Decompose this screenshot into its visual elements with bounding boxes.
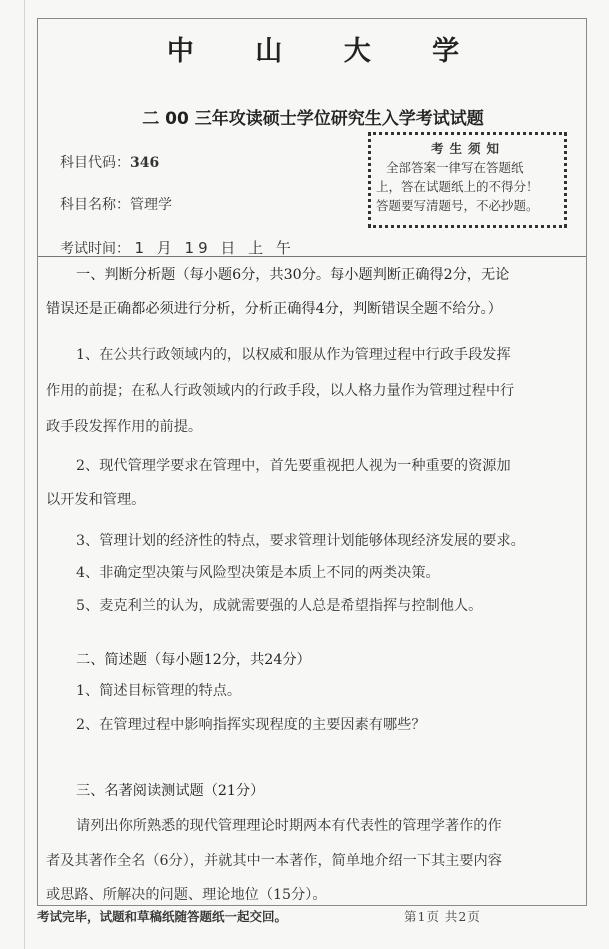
- subject-name-value: 管理学: [130, 197, 172, 213]
- subject-name: 科目名称：管理学: [60, 194, 172, 214]
- notice-line: 全部答案一律写在答题纸: [376, 158, 560, 177]
- question-2-2: 2、在管理过程中影响指挥实现程度的主要因素有哪些？: [46, 709, 580, 741]
- page-margin-line: [24, 0, 25, 949]
- question-3-1: 请列出你所熟悉的现代管理理论时期两本有代表性的管理学著作的作: [46, 810, 580, 842]
- question-1-4: 4、非确定型决策与风险型决策是本质上不同的两类决策。: [46, 557, 580, 589]
- subject-name-label: 科目名称：: [60, 197, 130, 213]
- section-1-heading-cont: 错误还是正确都必须进行分析，分析正确得4分，判断错误全题不给分。）: [46, 293, 580, 325]
- question-1-1: 1、在公共行政领域内的，以权威和服从作为管理过程中行政手段发挥: [46, 339, 580, 371]
- candidate-notice-box: 考生须知 全部答案一律写在答题纸 上，答在试题纸上的不得分！ 答题要写清题号，不…: [368, 132, 567, 228]
- notice-line: 答题要写清题号，不必抄题。: [376, 196, 560, 215]
- question-1-5: 5、麦克利兰的认为，成就需要强的人总是希望指挥与控制他人。: [46, 590, 580, 622]
- question-1-3: 3、管理计划的经济性的特点，要求管理计划能够体现经济发展的要求。: [46, 525, 580, 557]
- exam-title: 二 00 三年攻读硕士学位研究生入学考试试题: [38, 104, 588, 129]
- university-title: 中 山 大 学: [38, 29, 588, 68]
- exam-time: 考试时间： 1 月 19 日 上 午: [60, 237, 295, 258]
- page-number: 第1页 共2页: [404, 907, 481, 925]
- subject-code: 科目代码：346: [60, 152, 159, 172]
- header-divider: [38, 256, 586, 257]
- section-2-heading: 二、简述题（每小题12分，共24分）: [46, 644, 580, 676]
- question-1-2-cont: 以开发和管理。: [46, 484, 580, 516]
- section-1-heading: 一、判断分析题（每小题6分，共30分。每小题判断正确得2分，无论: [46, 259, 580, 291]
- question-3-1-cont: 者及其著作全名（6分），并就其中一本著作，简单地介绍一下其主要内容: [46, 845, 580, 877]
- exam-frame: 中 山 大 学 二 00 三年攻读硕士学位研究生入学考试试题 科目代码：346 …: [37, 18, 587, 906]
- question-1-2: 2、现代管理学要求在管理中，首先要重视把人视为一种重要的资源加: [46, 450, 580, 482]
- question-2-1: 1、简述目标管理的特点。: [46, 675, 580, 707]
- question-1-1-cont: 政手段发挥作用的前提。: [46, 411, 580, 443]
- notice-title: 考生须知: [376, 139, 560, 158]
- subject-code-value: 346: [130, 155, 159, 171]
- subject-code-label: 科目代码：: [60, 155, 130, 171]
- question-1-1-cont: 作用的前提；在私人行政领域内的行政手段，以人格力量作为管理过程中行: [46, 375, 580, 407]
- exam-time-value: 1 月 19 日 上 午: [134, 239, 294, 257]
- exam-time-label: 考试时间：: [60, 241, 130, 257]
- section-3-heading: 三、名著阅读测试题（21分）: [46, 775, 580, 807]
- footer-instruction: 考试完毕，试题和草稿纸随答题纸一起交回。: [37, 907, 287, 925]
- notice-line: 上，答在试题纸上的不得分！: [376, 177, 560, 196]
